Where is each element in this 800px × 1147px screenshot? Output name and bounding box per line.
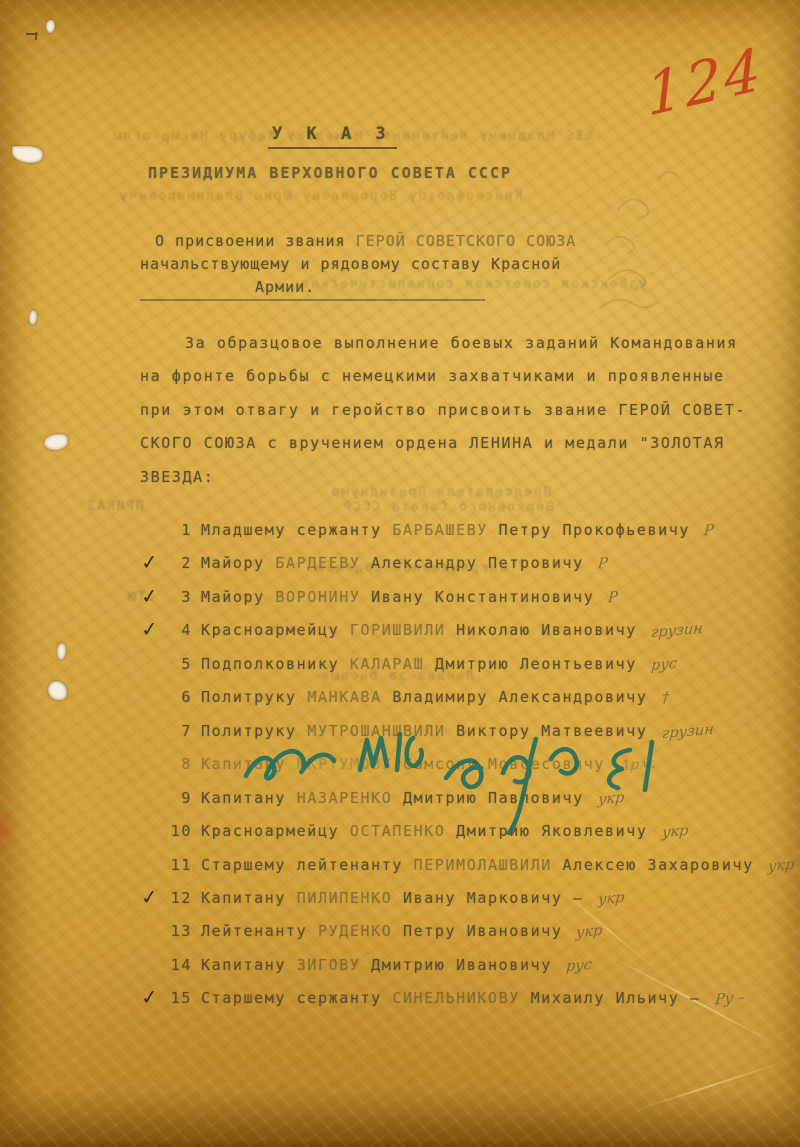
- item-number: 10: [168, 822, 192, 840]
- awardee-surname: ЗИГОВУ: [297, 956, 371, 974]
- scanned-decree-page: 124 У К А З ПРЕЗИДИУМА ВЕРХОВНОГО СОВЕТА…: [0, 0, 800, 1147]
- awardee-surname: РУДЕНКО: [318, 922, 403, 940]
- awardee-surname: КАЛАРАШ: [350, 655, 435, 673]
- list-item: ✓4Красноармейцу ГОРИШВИЛИ Николаю Иванов…: [168, 621, 703, 643]
- subject-emphasis: ГЕРОЙ СОВЕТСКОГО СОЮЗА: [356, 232, 577, 250]
- checkmark-icon: ✓: [140, 884, 161, 910]
- item-number: 5: [168, 655, 192, 673]
- item-number: 6: [168, 688, 192, 706]
- pencil-annotation: Р: [608, 589, 619, 606]
- decree-title: У К А З: [268, 124, 397, 149]
- decree-paragraph: За образцовое выполнение боевых заданий …: [140, 327, 760, 494]
- awardee-rank: Капитану: [201, 889, 297, 907]
- item-number: 1: [168, 521, 192, 539]
- list-item: 11Старшему лейтенанту ПЕРИМОЛАШВИЛИ Алек…: [168, 856, 794, 878]
- subject-line-3: Армии.: [255, 276, 315, 299]
- item-number: 4: [168, 621, 192, 639]
- page-number-stamp: 124: [644, 34, 765, 130]
- item-number: 13: [168, 922, 192, 940]
- list-item: ✓3Майору ВОРОНИНУ Ивану КонстантиновичуР: [168, 588, 618, 610]
- corner-pen-mark: [24, 30, 44, 46]
- checkmark-icon: ✓: [140, 583, 161, 609]
- red-ink-smudge: [0, 808, 18, 852]
- awardee-rank: Майору: [201, 588, 275, 606]
- awardee-surname: СИНЕЛЬНИКОВУ: [392, 989, 530, 1007]
- item-number: 7: [168, 722, 192, 740]
- item-number: 14: [168, 956, 192, 974]
- paper-tear: [44, 434, 68, 450]
- awardee-rank: Старшему сержанту: [201, 989, 392, 1007]
- awardee-given-name: Ивану Марковичу –: [403, 889, 584, 907]
- list-item: ✓12Капитану ПИЛИПЕНКО Ивану Марковичу –у…: [168, 889, 624, 911]
- bleedthrough-line: Краснофлотцу Ворошилову Юрию Владимирови…: [118, 188, 522, 204]
- list-item: 5Подполковнику КАЛАРАШ Дмитрию Леонтьеви…: [168, 655, 677, 677]
- awardee-given-name: Дмитрию Леонтьевичу: [435, 655, 637, 673]
- pencil-annotation: Ру –: [714, 990, 745, 1009]
- item-number: 12: [168, 889, 192, 907]
- awardee-given-name: Дмитрию Ивановичу: [371, 956, 552, 974]
- pencil-annotation: укр: [767, 856, 795, 874]
- awardee-rank: Красноармейцу: [201, 621, 350, 639]
- subject-line-1: О присвоении звания ГЕРОЙ СОВЕТСКОГО СОЮ…: [155, 230, 576, 253]
- bleedthrough-line: узбекская советская социалистическая: [300, 276, 647, 292]
- pencil-annotation: укр: [576, 923, 604, 941]
- awardee-surname: БАРДЕЕВУ: [275, 554, 371, 572]
- pencil-annotation: Р: [703, 522, 714, 539]
- awardee-surname: ПИЛИПЕНКО: [297, 889, 403, 907]
- awardee-given-name: Михаилу Ильичу –: [531, 989, 701, 1007]
- checkmark-icon: ✓: [140, 550, 161, 576]
- green-ink-annotation: [232, 698, 712, 828]
- paper-crease: [634, 1060, 787, 1111]
- awardee-surname: ПЕРИМОЛАШВИЛИ: [414, 856, 563, 874]
- awardee-surname: БАРБАШЕВУ: [392, 521, 498, 539]
- awardee-given-name: Ивану Константиновичу: [371, 588, 594, 606]
- awardee-rank: Подполковнику: [201, 655, 350, 673]
- paper-hole: [57, 643, 66, 660]
- decree-org-line: ПРЕЗИДИУМА ВЕРХОВНОГО СОВЕТА СССР: [120, 164, 540, 182]
- list-item: 14Капитану ЗИГОВУ Дмитрию Ивановичурус: [168, 956, 592, 978]
- awardee-rank: Майору: [201, 554, 275, 572]
- awardee-given-name: Николаю Ивановичу: [456, 621, 637, 639]
- pencil-annotation: укр: [597, 890, 625, 908]
- list-item: ✓2Майору БАРДЕЕВУ Александру ПетровичуР: [168, 554, 608, 576]
- item-number: 9: [168, 789, 192, 807]
- checkmark-icon: ✓: [140, 616, 161, 642]
- list-item: ✓15Старшему сержанту СИНЕЛЬНИКОВУ Михаил…: [168, 989, 745, 1011]
- paper-hole: [46, 20, 55, 33]
- paper-tear: [48, 681, 67, 700]
- awardee-surname: ГОРИШВИЛИ: [350, 621, 456, 639]
- pencil-annotation: Р: [597, 556, 608, 573]
- awardee-surname: ВОРОНИНУ: [275, 588, 371, 606]
- paper-tear: [12, 146, 43, 163]
- subject-underline: [140, 299, 485, 301]
- bleedthrough-line: ПРИКАЗ: [86, 498, 144, 514]
- paper-hole: [29, 310, 37, 325]
- item-number: 3: [168, 588, 192, 606]
- subject-line-2: начальствующему и рядовому составу Красн…: [140, 253, 561, 276]
- list-item: 1Младшему сержанту БАРБАШЕВУ Петру Проко…: [168, 521, 714, 543]
- item-number: 11: [168, 856, 192, 874]
- pencil-annotation: рус: [565, 957, 592, 975]
- pencil-annotation: грузин: [650, 621, 703, 642]
- awardee-rank: Лейтенанту: [201, 922, 318, 940]
- bleedthrough-line: Верховного Совета СССР: [342, 499, 554, 515]
- pencil-annotation: рус: [650, 656, 677, 674]
- awardee-given-name: Александру Петровичу: [371, 554, 584, 572]
- checkmark-icon: ✓: [140, 984, 161, 1010]
- pencil-scribble-bleedthrough: [598, 140, 778, 310]
- awardee-given-name: Петру Прокофьевичу: [499, 521, 690, 539]
- awardee-given-name: Алексею Захаровичу: [562, 856, 753, 874]
- awardee-rank: Старшему лейтенанту: [201, 856, 414, 874]
- awardee-rank: Младшему сержанту: [201, 521, 392, 539]
- awardee-given-name: Петру Ивановичу: [403, 922, 562, 940]
- item-number: 15: [168, 989, 192, 1007]
- list-item: 13Лейтенанту РУДЕНКО Петру Ивановичуукр: [168, 922, 603, 944]
- awardee-rank: Капитану: [201, 956, 297, 974]
- item-number: 8: [168, 755, 192, 773]
- item-number: 2: [168, 554, 192, 572]
